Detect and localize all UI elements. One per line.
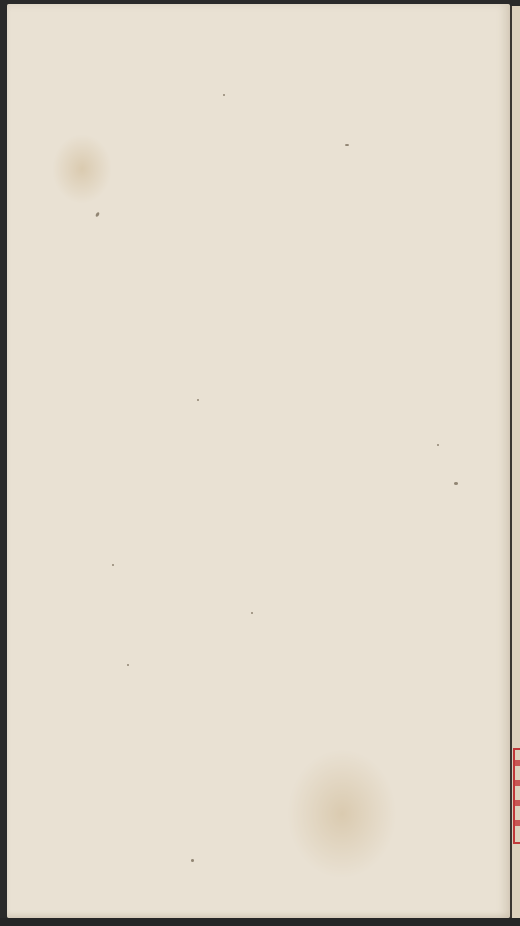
paper-speck — [223, 94, 225, 96]
paper-speck — [437, 444, 439, 446]
foxing-stain — [287, 749, 397, 879]
paper-speck — [95, 212, 100, 218]
paper-speck — [345, 144, 349, 146]
scan-border — [0, 918, 520, 926]
paper-speck — [454, 482, 458, 485]
paper-speck — [191, 859, 194, 862]
paper-speck — [112, 564, 114, 566]
stamp-mark — [515, 780, 520, 786]
paper-speck — [197, 399, 199, 401]
stamp-mark — [515, 820, 520, 826]
stamp-mark — [515, 800, 520, 806]
foxing-stain — [52, 134, 112, 204]
blank-page — [7, 4, 510, 918]
paper-speck — [251, 612, 253, 614]
paper-speck — [127, 664, 129, 666]
stamp-mark — [515, 760, 520, 766]
